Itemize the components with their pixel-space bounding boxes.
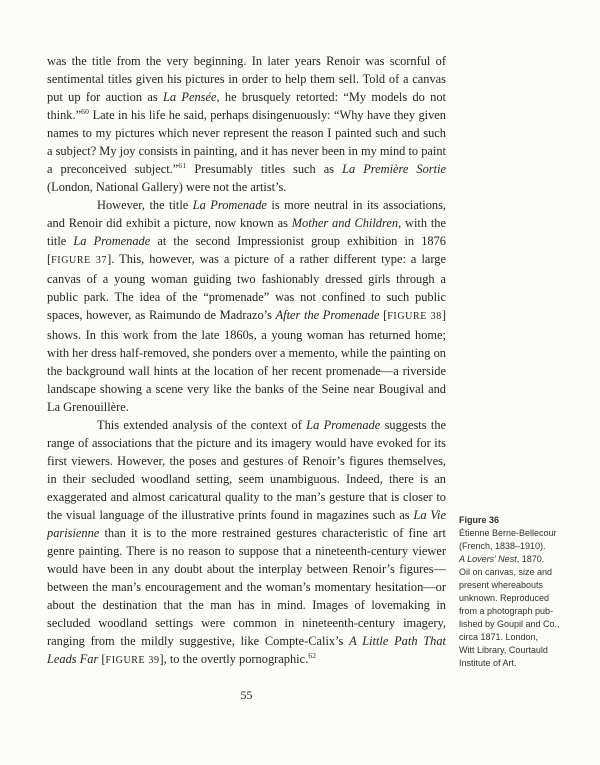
caption-line: (French, 1838–1910).	[459, 540, 553, 553]
text-segment-sup: 62	[308, 651, 316, 660]
text-segment: ] shows. In this work from the late 1860…	[47, 308, 446, 414]
text-segment: Oil on canvas, size and	[459, 567, 552, 577]
figure-caption-label: Figure 36	[459, 514, 553, 527]
book-page: was the title from the very beginning. I…	[0, 0, 600, 765]
caption-line: Oil on canvas, size and	[459, 566, 553, 579]
text-segment: [	[98, 652, 105, 666]
text-segment: Étienne Berne-Bellecour	[459, 528, 557, 538]
text-segment-italic: After the Promenade	[276, 308, 380, 322]
text-segment-italic: Mother and Children	[292, 216, 398, 230]
text-segment-italic: A Lovers’ Nest	[459, 554, 517, 564]
figure-caption: Figure 36 Étienne Berne-Bellecour(French…	[459, 514, 553, 670]
body-paragraph: was the title from the very beginning. I…	[47, 52, 446, 196]
text-segment: circa 1871. London,	[459, 632, 538, 642]
text-segment-italic: La Promenade	[306, 418, 380, 432]
caption-line: A Lovers’ Nest, 1870.	[459, 553, 553, 566]
caption-line: lished by Goupil and Co.,	[459, 618, 553, 631]
text-segment: Institute of Art.	[459, 658, 517, 668]
figure-caption-text: Étienne Berne-Bellecour(French, 1838–191…	[459, 527, 553, 670]
text-segment: present whereabouts	[459, 580, 543, 590]
body-paragraph: However, the title La Promenade is more …	[47, 196, 446, 416]
text-segment: from a photograph pub-	[459, 606, 553, 616]
text-segment-sc: FIGURE 39	[106, 655, 160, 666]
text-segment: Presumably titles such as	[186, 162, 342, 176]
text-segment: suggests the range of associations that …	[47, 418, 446, 522]
caption-line: Étienne Berne-Bellecour	[459, 527, 553, 540]
text-segment: (London, National Gallery) were not the …	[47, 180, 286, 194]
text-segment-italic: La Première Sortie	[342, 162, 446, 176]
caption-line: from a photograph pub-	[459, 605, 553, 618]
text-segment-italic: La Promenade	[193, 198, 267, 212]
text-segment: Witt Library, Courtauld	[459, 645, 548, 655]
caption-line: circa 1871. London,	[459, 631, 553, 644]
text-segment: (French, 1838–1910).	[459, 541, 546, 551]
caption-line: present whereabouts	[459, 579, 553, 592]
page-number: 55	[47, 688, 446, 703]
text-segment: ], to the overtly pornographic.	[160, 652, 309, 666]
text-segment: unknown. Reproduced	[459, 593, 549, 603]
text-segment: , 1870.	[517, 554, 545, 564]
text-segment-italic: La Promenade	[73, 234, 150, 248]
text-segment: lished by Goupil and Co.,	[459, 619, 560, 629]
text-segment: than it is to the more restrained gestur…	[47, 526, 446, 648]
body-text: was the title from the very beginning. I…	[47, 52, 446, 670]
caption-line: Witt Library, Courtauld	[459, 644, 553, 657]
text-segment-sc: FIGURE 38	[387, 311, 442, 322]
text-segment-sc: FIGURE 37	[51, 255, 107, 266]
text-segment-italic: La Pensée	[163, 90, 216, 104]
caption-line: Institute of Art.	[459, 657, 553, 670]
text-segment: This extended analysis of the context of	[97, 418, 306, 432]
caption-line: unknown. Reproduced	[459, 592, 553, 605]
text-segment: However, the title	[97, 198, 193, 212]
body-paragraph: This extended analysis of the context of…	[47, 416, 446, 670]
text-segment-sup: 60	[81, 107, 89, 116]
